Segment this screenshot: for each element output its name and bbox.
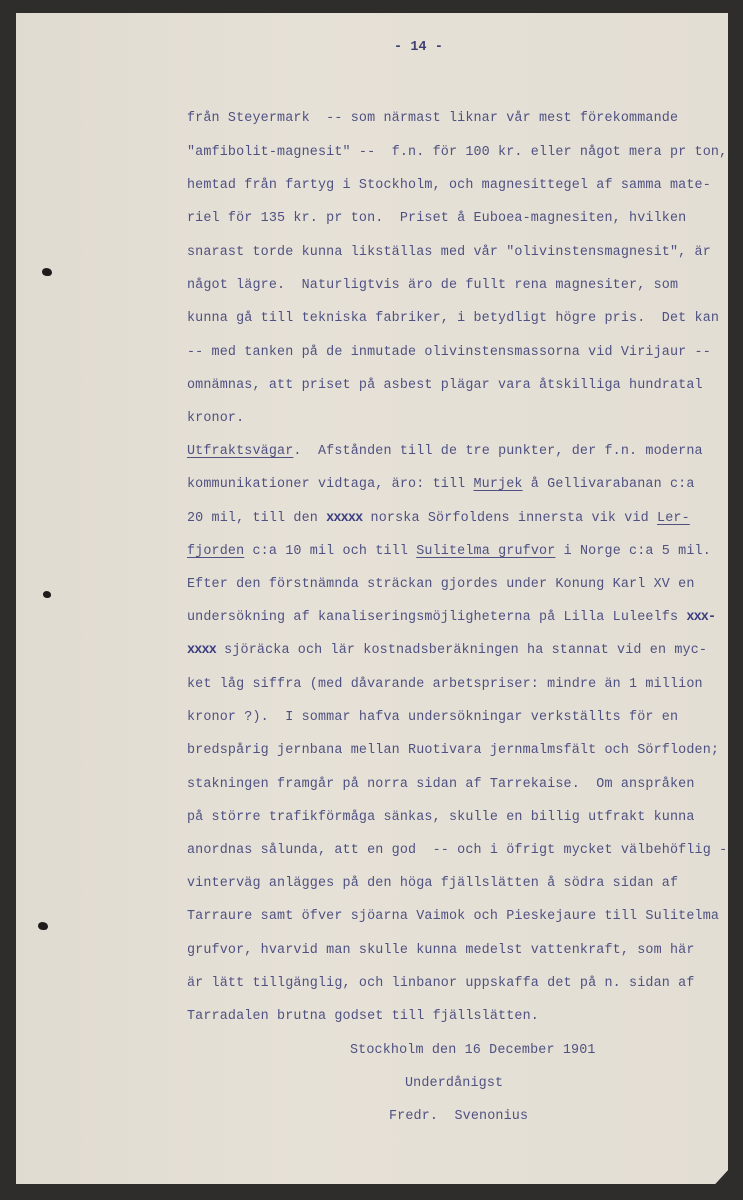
text-line: xxxx sjöräcka och lär kostnadsberäkninge… xyxy=(187,643,707,659)
text-line: fjorden c:a 10 mil och till Sulitelma gr… xyxy=(187,544,711,560)
text-line: undersökning af kanaliseringsmöjligheter… xyxy=(187,610,715,626)
punch-hole-top xyxy=(42,268,52,276)
text-line: kommunikationer vidtaga, äro: till Murje… xyxy=(187,477,695,493)
text-line: stakningen framgår på norra sidan af Tar… xyxy=(187,777,695,793)
text-line: kunna gå till tekniska fabriker, i betyd… xyxy=(187,311,719,327)
text-line: något lägre. Naturligtvis äro de fullt r… xyxy=(187,278,678,294)
text-span: å Gellivarabanan c:a xyxy=(523,477,695,492)
text-line: Efter den förstnämnda sträckan gjordes u… xyxy=(187,577,695,593)
text-line: "amfibolit-magnesit" -- f.n. för 100 kr.… xyxy=(187,145,727,161)
text-line: kronor ?). I sommar hafva undersökningar… xyxy=(187,710,678,726)
text-line: ket låg siffra (med dåvarande arbetspris… xyxy=(187,677,703,693)
place-name-murjek: Murjek xyxy=(474,477,523,492)
text-line: -- med tanken på de inmutade olivinstens… xyxy=(187,345,711,361)
punch-hole-bottom xyxy=(38,922,48,930)
text-line: vinterväg anlägges på den höga fjällslät… xyxy=(187,876,678,892)
text-line: bredspårig jernbana mellan Ruotivara jer… xyxy=(187,743,719,759)
text-line: omnämnas, att priset på asbest plägar va… xyxy=(187,378,703,394)
text-span: kommunikationer vidtaga, äro: till xyxy=(187,477,474,492)
text-line: snarast torde kunna likställas med vår "… xyxy=(187,245,711,261)
salutation: Underdånigst xyxy=(405,1076,503,1092)
struck-out-text: xxxxx xyxy=(326,511,362,526)
punch-hole-middle xyxy=(43,591,51,598)
text-line: Tarradalen brutna godset till fjällslätt… xyxy=(187,1009,539,1025)
place-and-date: Stockholm den 16 December 1901 xyxy=(350,1043,596,1059)
text-line: grufvor, hvarvid man skulle kunna medels… xyxy=(187,943,695,959)
text-line: på större trafikförmåga sänkas, skulle e… xyxy=(187,810,695,826)
text-span: undersökning af kanaliseringsmöjligheter… xyxy=(187,610,686,625)
section-heading: Utfraktsvägar xyxy=(187,444,293,459)
text-span: sjöräcka och lär kostnadsberäkningen ha … xyxy=(216,643,707,658)
signature: Fredr. Svenonius xyxy=(389,1109,528,1125)
text-line: från Steyermark -- som närmast liknar vå… xyxy=(187,111,678,127)
text-span: i Norge c:a 5 mil. xyxy=(555,544,711,559)
text-span: . Afstånden till de tre punkter, der f.n… xyxy=(293,444,702,459)
text-line: Tarraure samt öfver sjöarna Vaimok och P… xyxy=(187,909,719,925)
place-name-sulitelma: Sulitelma grufvor xyxy=(416,544,555,559)
struck-out-text: xxx- xyxy=(686,610,715,625)
page-number: - 14 - xyxy=(394,40,443,56)
text-line: riel för 135 kr. pr ton. Priset å Euboea… xyxy=(187,211,686,227)
struck-out-text: xxxx xyxy=(187,643,216,658)
place-name-lerfjorden-cont: fjorden xyxy=(187,544,244,559)
text-line: kronor. xyxy=(187,411,244,427)
text-span: c:a 10 mil och till xyxy=(244,544,416,559)
text-span: norska Sörfoldens innersta vik vid xyxy=(362,511,657,526)
text-span: 20 mil, till den xyxy=(187,511,326,526)
section-heading-line: Utfraktsvägar. Afstånden till de tre pun… xyxy=(187,444,703,460)
place-name-lerfjorden: Ler- xyxy=(657,511,690,526)
text-line: 20 mil, till den xxxxx norska Sörfoldens… xyxy=(187,511,690,527)
text-line: hemtad från fartyg i Stockholm, och magn… xyxy=(187,178,711,194)
text-line: anordnas sålunda, att en god -- och i öf… xyxy=(187,843,727,859)
text-line: är lätt tillgänglig, och linbanor uppska… xyxy=(187,976,695,992)
